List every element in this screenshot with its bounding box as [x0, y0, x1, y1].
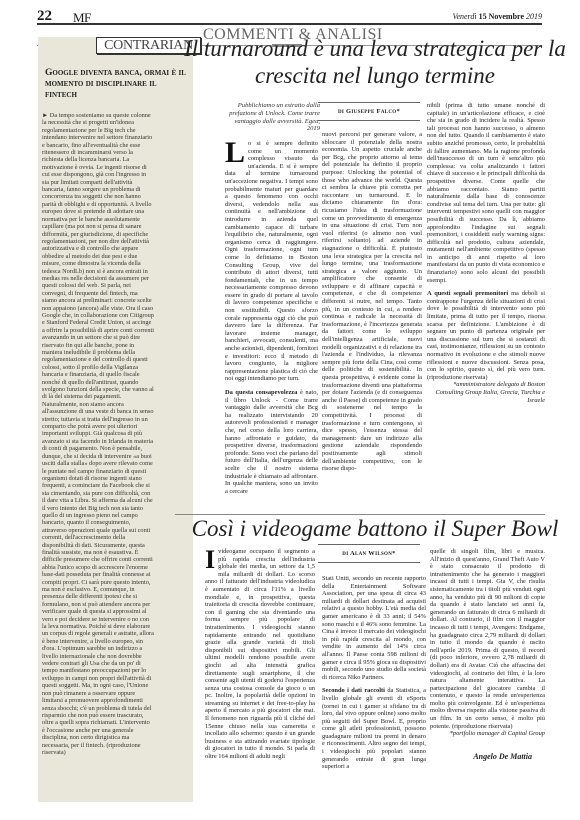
article2-col3-text: quelle di singoli film, libri e musica. … [430, 548, 545, 730]
date-year: 2019 [526, 12, 542, 21]
article2-signoff: *portfolio manager di Capital Group [430, 730, 545, 738]
article2-column-3: quelle di singoli film, libri e musica. … [430, 548, 545, 738]
article1-intro: Pubblichiamo un estratto dalla prefazion… [225, 102, 320, 133]
sidebar-title: Google diventa banca, ormai è il momento… [45, 68, 190, 101]
article2-column-2: Stati Uniti, secondo un recente rapporto… [322, 575, 426, 771]
article1-col3-lead: A questi segnali premonitori [427, 290, 508, 297]
header-rule [37, 23, 542, 25]
article2-col2-text: Stati Uniti, secondo un recente rapporto… [322, 575, 426, 681]
article2-dropcap: I [205, 549, 215, 571]
article1-col2-text: nuovi percorsi per generare valore, a sb… [322, 131, 422, 472]
article1-col3-para2: A questi segnali premonitori ma deboli s… [427, 290, 545, 381]
article1-signoff: *amministratore delegato di Boston Consu… [427, 381, 545, 404]
article1-column-2: nuovi percorsi per generare valore, a sb… [322, 131, 422, 473]
article1-col3-text: nibili (prima di tutto umane nonché di c… [427, 102, 545, 284]
article2-column-1: Ivideogame occupano il segmento a più ra… [205, 548, 315, 761]
article1-column-3: nibili (prima di tutto umane nonché di c… [427, 102, 545, 404]
article2-col2-lead: Secondo i dati raccolti [322, 687, 385, 694]
page-header: 22 MF Venerdì 15 Novembre 2019 [37, 8, 542, 22]
article1-col1-text: o si è sempre definito come un momento c… [225, 140, 318, 382]
article1-headline: Il turnaround è una leva strategica per … [175, 35, 575, 89]
article2-col2b-text: da Statistica, a livello globale gli eve… [322, 687, 426, 770]
date-weekday: Venerdì [452, 12, 476, 21]
article1-col1-para2: Da questa consapevolezza è nato, il libr… [225, 389, 318, 495]
article2-col1-text: videogame occupano il segmento a più rap… [205, 548, 315, 760]
article1-col1b-text: è nato, il libro Unlock - Come trarre va… [225, 389, 318, 495]
article2-col2-para2: Secondo i dati raccolti da Statistica, a… [322, 687, 426, 771]
sidebar-body: ► Da tempo sosteniamo su queste colonne … [42, 112, 154, 756]
article2-byline: di Alan Wilson* [318, 544, 420, 563]
article2-headline: Così i videogame battono il Super Bowl [175, 515, 575, 543]
date-main: 15 Novembre [479, 12, 524, 21]
article1-col3b-text: ma deboli si contrappone l'urgenza delle… [427, 290, 545, 381]
article1-column-1: Lo si è sempre definito come un momento … [225, 140, 318, 495]
article1-dropcap: L [225, 141, 245, 165]
issue-date: Venerdì 15 Novembre 2019 [452, 12, 542, 21]
article1-col1-lead: Da questa consapevolezza [225, 389, 297, 396]
article1-byline: di Giuseppe Falco* [318, 102, 420, 121]
sidebar-signature: Angelo De Mattia [473, 752, 532, 761]
